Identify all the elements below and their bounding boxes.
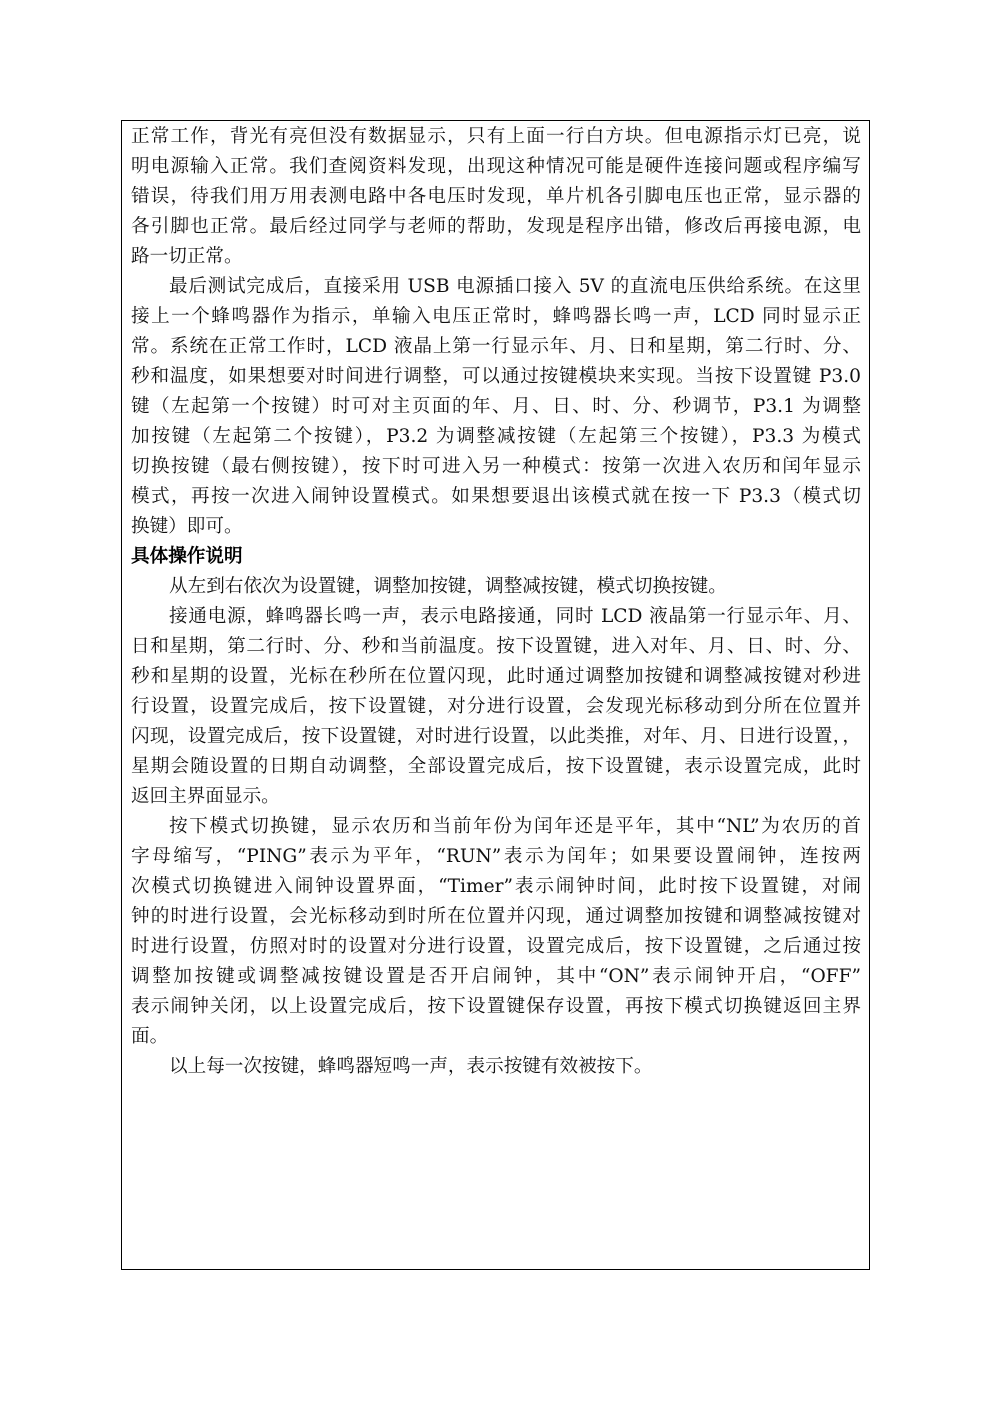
document-body: 正常工作，背光有亮但没有数据显示，只有上面一行白方块。但电源指示灯已亮，说 明电… bbox=[131, 122, 861, 1082]
text-line: 以上每一次按键，蜂鸣器短鸣一声，表示按键有效被按下。 bbox=[131, 1052, 861, 1082]
text-line: 返回主界面显示。 bbox=[131, 782, 861, 812]
text-line: 面。 bbox=[131, 1022, 861, 1052]
text-line: 常。系统在正常工作时，LCD 液晶上第一行显示年、月、日和星期，第二行时、分、 bbox=[131, 332, 861, 362]
text-line: 最后测试完成后，直接采用 USB 电源插口接入 5V 的直流电压供给系统。在这里 bbox=[131, 272, 861, 302]
paragraph-system-overview: 最后测试完成后，直接采用 USB 电源插口接入 5V 的直流电压供给系统。在这里… bbox=[131, 272, 861, 542]
text-line: 模式，再按一次进入闹钟设置模式。如果想要退出该模式就在按一下 P3.3（模式切 bbox=[131, 482, 861, 512]
paragraph-mode-alarm: 按下模式切换键，显示农历和当前年份为闰年还是平年，其中“NL”为农历的首 字母缩… bbox=[131, 812, 861, 1052]
text-line: 星期会随设置的日期自动调整，全部设置完成后，按下设置键，表示设置完成，此时 bbox=[131, 752, 861, 782]
text-line: 按下模式切换键，显示农历和当前年份为闰年还是平年，其中“NL”为农历的首 bbox=[131, 812, 861, 842]
paragraph-time-setting: 接通电源，蜂鸣器长鸣一声，表示电路接通，同时 LCD 液晶第一行显示年、月、 日… bbox=[131, 602, 861, 812]
text-line: 正常工作，背光有亮但没有数据显示，只有上面一行白方块。但电源指示灯已亮，说 bbox=[131, 122, 861, 152]
text-line: 接通电源，蜂鸣器长鸣一声，表示电路接通，同时 LCD 液晶第一行显示年、月、 bbox=[131, 602, 861, 632]
text-line: 接上一个蜂鸣器作为指示，单输入电压正常时，蜂鸣器长鸣一声，LCD 同时显示正 bbox=[131, 302, 861, 332]
section-heading: 具体操作说明 bbox=[131, 542, 861, 572]
text-line: 时进行设置，仿照对时的设置对分进行设置，设置完成后，按下设置键，之后通过按 bbox=[131, 932, 861, 962]
text-line: 错误，待我们用万用表测电路中各电压时发现，单片机各引脚电压也正常，显示器的 bbox=[131, 182, 861, 212]
text-line: 表示闹钟关闭，以上设置完成后，按下设置键保存设置，再按下模式切换键返回主界 bbox=[131, 992, 861, 1022]
text-line: 字母缩写，“PING”表示为平年，“RUN”表示为闰年；如果要设置闹钟，连按两 bbox=[131, 842, 861, 872]
paragraph-buzzer-feedback: 以上每一次按键，蜂鸣器短鸣一声，表示按键有效被按下。 bbox=[131, 1052, 861, 1082]
text-line: 秒和温度，如果想要对时间进行调整，可以通过按键模块来实现。当按下设置键 P3.0 bbox=[131, 362, 861, 392]
text-line: 调整加按键或调整减按键设置是否开启闹钟，其中“ON”表示闹钟开启，“OFF” bbox=[131, 962, 861, 992]
paragraph-troubleshooting: 正常工作，背光有亮但没有数据显示，只有上面一行白方块。但电源指示灯已亮，说 明电… bbox=[131, 122, 861, 272]
text-line: 行设置，设置完成后，按下设置键，对分进行设置，会发现光标移动到分所在位置并 bbox=[131, 692, 861, 722]
text-line: 键（左起第一个按键）时可对主页面的年、月、日、时、分、秒调节，P3.1 为调整 bbox=[131, 392, 861, 422]
text-line: 日和星期，第二行时、分、秒和当前温度。按下设置键，进入对年、月、日、时、分、 bbox=[131, 632, 861, 662]
text-line: 秒和星期的设置，光标在秒所在位置闪现，此时通过调整加按键和调整减按键对秒进 bbox=[131, 662, 861, 692]
text-line: 换键）即可。 bbox=[131, 512, 861, 542]
text-line: 加按键（左起第二个按键），P3.2 为调整减按键（左起第三个按键），P3.3 为… bbox=[131, 422, 861, 452]
text-line: 明电源输入正常。我们查阅资料发现，出现这种情况可能是硬件连接问题或程序编写 bbox=[131, 152, 861, 182]
text-line: 次模式切换键进入闹钟设置界面，“Timer”表示闹钟时间，此时按下设置键，对闹 bbox=[131, 872, 861, 902]
text-line: 各引脚也正常。最后经过同学与老师的帮助，发现是程序出错，修改后再接电源，电 bbox=[131, 212, 861, 242]
text-line: 钟的时进行设置，会光标移动到时所在位置并闪现，通过调整加按键和调整减按键对 bbox=[131, 902, 861, 932]
text-line: 切换按键（最右侧按键），按下时可进入另一种模式：按第一次进入农历和闰年显示 bbox=[131, 452, 861, 482]
paragraph-button-order: 从左到右依次为设置键，调整加按键，调整减按键，模式切换按键。 bbox=[131, 572, 861, 602]
text-line: 路一切正常。 bbox=[131, 242, 861, 272]
text-line: 从左到右依次为设置键，调整加按键，调整减按键，模式切换按键。 bbox=[131, 572, 861, 602]
text-line: 闪现，设置完成后，按下设置键，对时进行设置，以此类推，对年、月、日进行设置，， bbox=[131, 722, 861, 752]
